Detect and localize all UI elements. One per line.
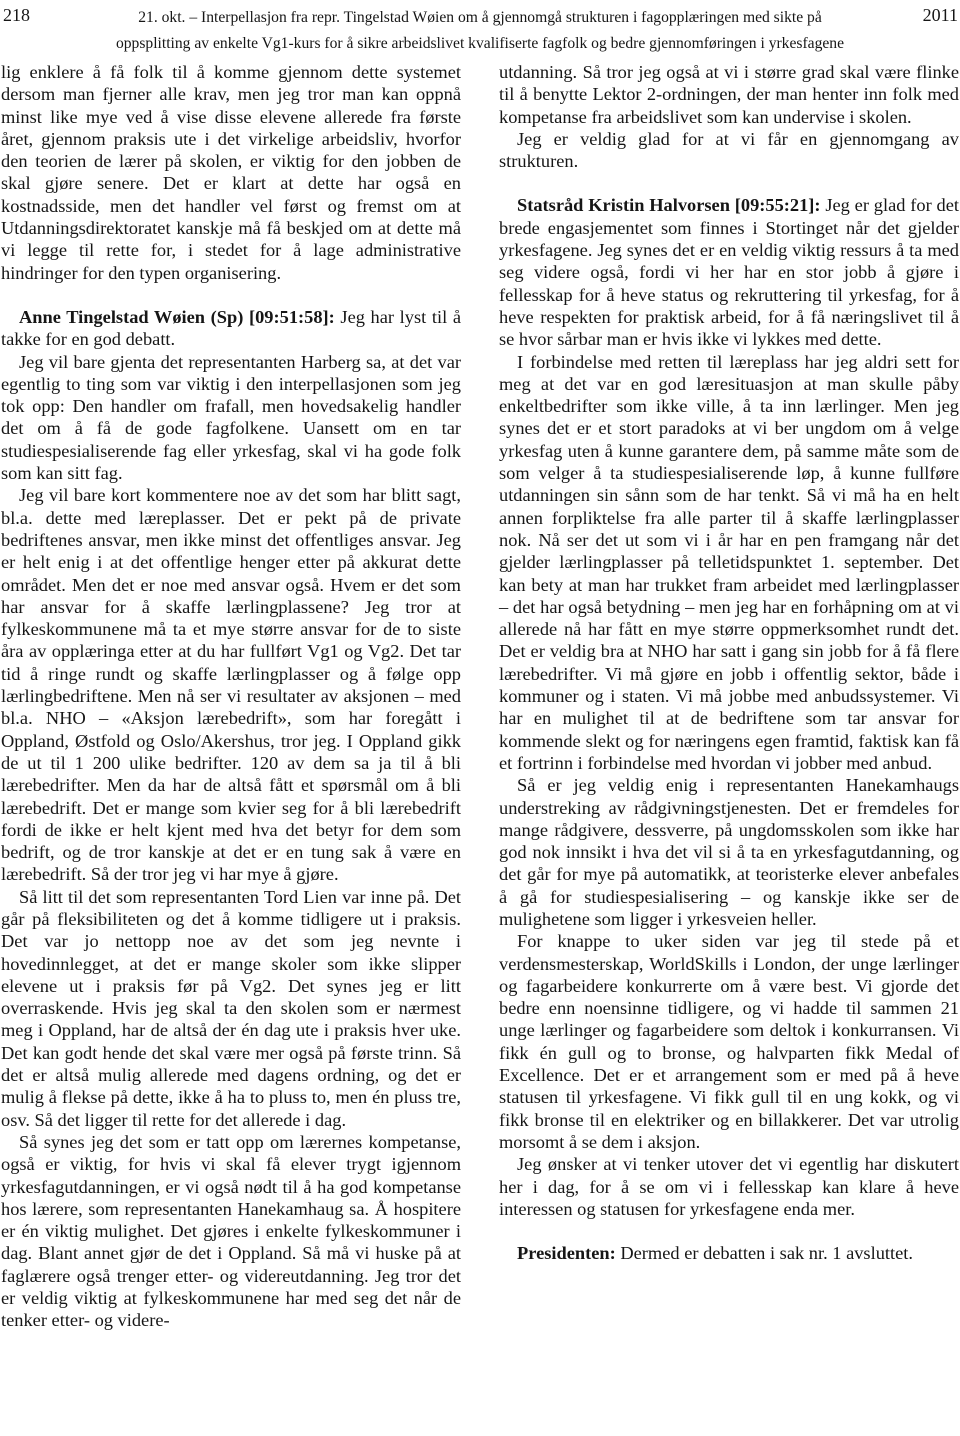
paragraph: Jeg vil bare kort kommentere noe av det … [1, 484, 461, 885]
header-title-line2: oppsplitting av enkelte Vg1-kurs for å s… [62, 31, 898, 57]
speaker-name: Statsråd Kristin Halvorsen [09:55:21]: [517, 195, 821, 215]
year-label: 2011 [923, 5, 958, 25]
paragraph: Så er jeg veldig enig i representanten H… [499, 774, 959, 930]
paragraph: For knappe to uker siden var jeg til ste… [499, 930, 959, 1153]
speaker-name: Anne Tingelstad Wøien (Sp) [09:51:58]: [19, 307, 335, 327]
speaker-name: Presidenten: [517, 1243, 616, 1263]
header-title-line1: 21. okt. – Interpellasjon fra repr. Ting… [62, 5, 898, 31]
paragraph: I forbindelse med retten til læreplass h… [499, 351, 959, 775]
paragraph: Jeg vil bare gjenta det representanten H… [1, 351, 461, 485]
paragraph: Så litt til det som representanten Tord … [1, 886, 461, 1131]
speech-paragraph: Presidenten: Dermed er debatten i sak nr… [499, 1242, 959, 1264]
speech-paragraph: Anne Tingelstad Wøien (Sp) [09:51:58]: J… [1, 306, 461, 351]
speech-paragraph: Statsråd Kristin Halvorsen [09:55:21]: J… [499, 194, 959, 350]
paragraph: utdanning. Så tror jeg også at vi i stør… [499, 61, 959, 128]
page-number: 218 [3, 5, 30, 25]
document-page: 218 21. okt. – Interpellasjon fra repr. … [0, 0, 960, 1436]
page-body: lig enklere å få folk til å komme gjenno… [1, 61, 959, 1430]
column-left: lig enklere å få folk til å komme gjenno… [1, 61, 461, 1430]
header-title: 21. okt. – Interpellasjon fra repr. Ting… [62, 5, 898, 56]
column-right: utdanning. Så tror jeg også at vi i stør… [499, 61, 959, 1430]
paragraph: Så synes jeg det som er tatt opp om lære… [1, 1131, 461, 1332]
paragraph: Jeg ønsker at vi tenker utover det vi eg… [499, 1153, 959, 1220]
running-header: 218 21. okt. – Interpellasjon fra repr. … [0, 5, 960, 59]
paragraph: lig enklere å få folk til å komme gjenno… [1, 61, 461, 284]
paragraph: Jeg er veldig glad for at vi får en gjen… [499, 128, 959, 173]
